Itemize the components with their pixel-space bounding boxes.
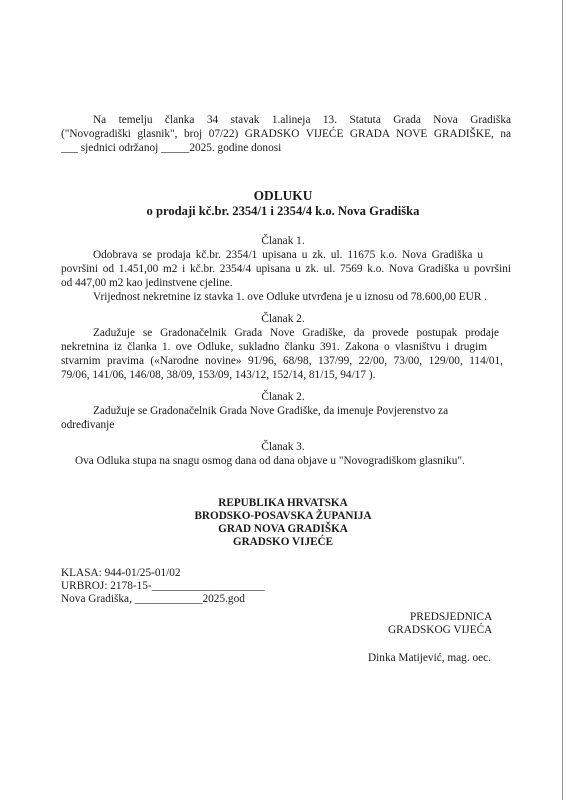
authority-line: BRODSKO-POSAVSKA ŽUPANIJA	[0, 510, 566, 524]
article-heading: Članak 2.	[0, 312, 566, 326]
article-line: nekretnina iz članka 1. ove Odluke, sukl…	[61, 340, 487, 354]
authority-line: REPUBLIKA HRVATSKA	[0, 497, 566, 511]
article-heading: Članak 3.	[0, 440, 566, 454]
article-line: Ova Odluka stupa na snagu osmog dana od …	[75, 454, 465, 468]
article-line: stvarnim pravima («Narodne novine» 91/96…	[61, 354, 503, 368]
authority-line: GRADSKO VIJEĆE	[0, 536, 566, 550]
article-line: Zadužuje se Gradonačelnik Grada Nove Gra…	[93, 404, 448, 418]
authority-line: GRAD NOVA GRADIŠKA	[0, 523, 566, 537]
article-heading: Članak 2.	[0, 390, 566, 404]
document-title: ODLUKU	[0, 189, 566, 203]
article-line: od 447,00 m2 kao jedinstvene cjeline.	[61, 276, 233, 290]
article-line: 79/06, 141/06, 146/08, 38/09, 153/09, 14…	[61, 368, 375, 382]
article-line: određivanje	[61, 418, 114, 432]
signatory-name: Dinka Matijević, mag. oec.	[368, 651, 491, 665]
place-date: Nova Gradiška, ____________2025.god	[61, 592, 245, 606]
article-line: Zadužuje se Gradonačelnik Grada Nove Gra…	[93, 326, 499, 340]
document-subtitle: o prodaji kč.br. 2354/1 i 2354/4 k.o. No…	[0, 204, 566, 218]
signature-title: GRADSKOG VIJEĆA	[388, 623, 492, 637]
article-line: površini od 1.451,00 m2 i kč.br. 2354/4 …	[61, 262, 511, 276]
preamble-line: ("Novogradiški glasnik", broj 07/22) GRA…	[61, 127, 511, 141]
preamble-line: ___ sjednici održanoj _____2025. godine …	[61, 141, 281, 155]
preamble-line: Na temelju članka 34 stavak 1.alineja 13…	[93, 113, 511, 127]
signature-title: PREDSJEDNICA	[410, 610, 492, 624]
klasa: KLASA: 944-01/25-01/02	[61, 566, 181, 580]
article-line: Odobrava se prodaja kč.br. 2354/1 upisan…	[93, 248, 483, 262]
article-line: Vrijednost nekretnine iz stavka 1. ove O…	[93, 290, 487, 304]
urbroj: URBROJ: 2178-15-____________________	[61, 579, 265, 593]
article-heading: Članak 1.	[0, 234, 566, 248]
